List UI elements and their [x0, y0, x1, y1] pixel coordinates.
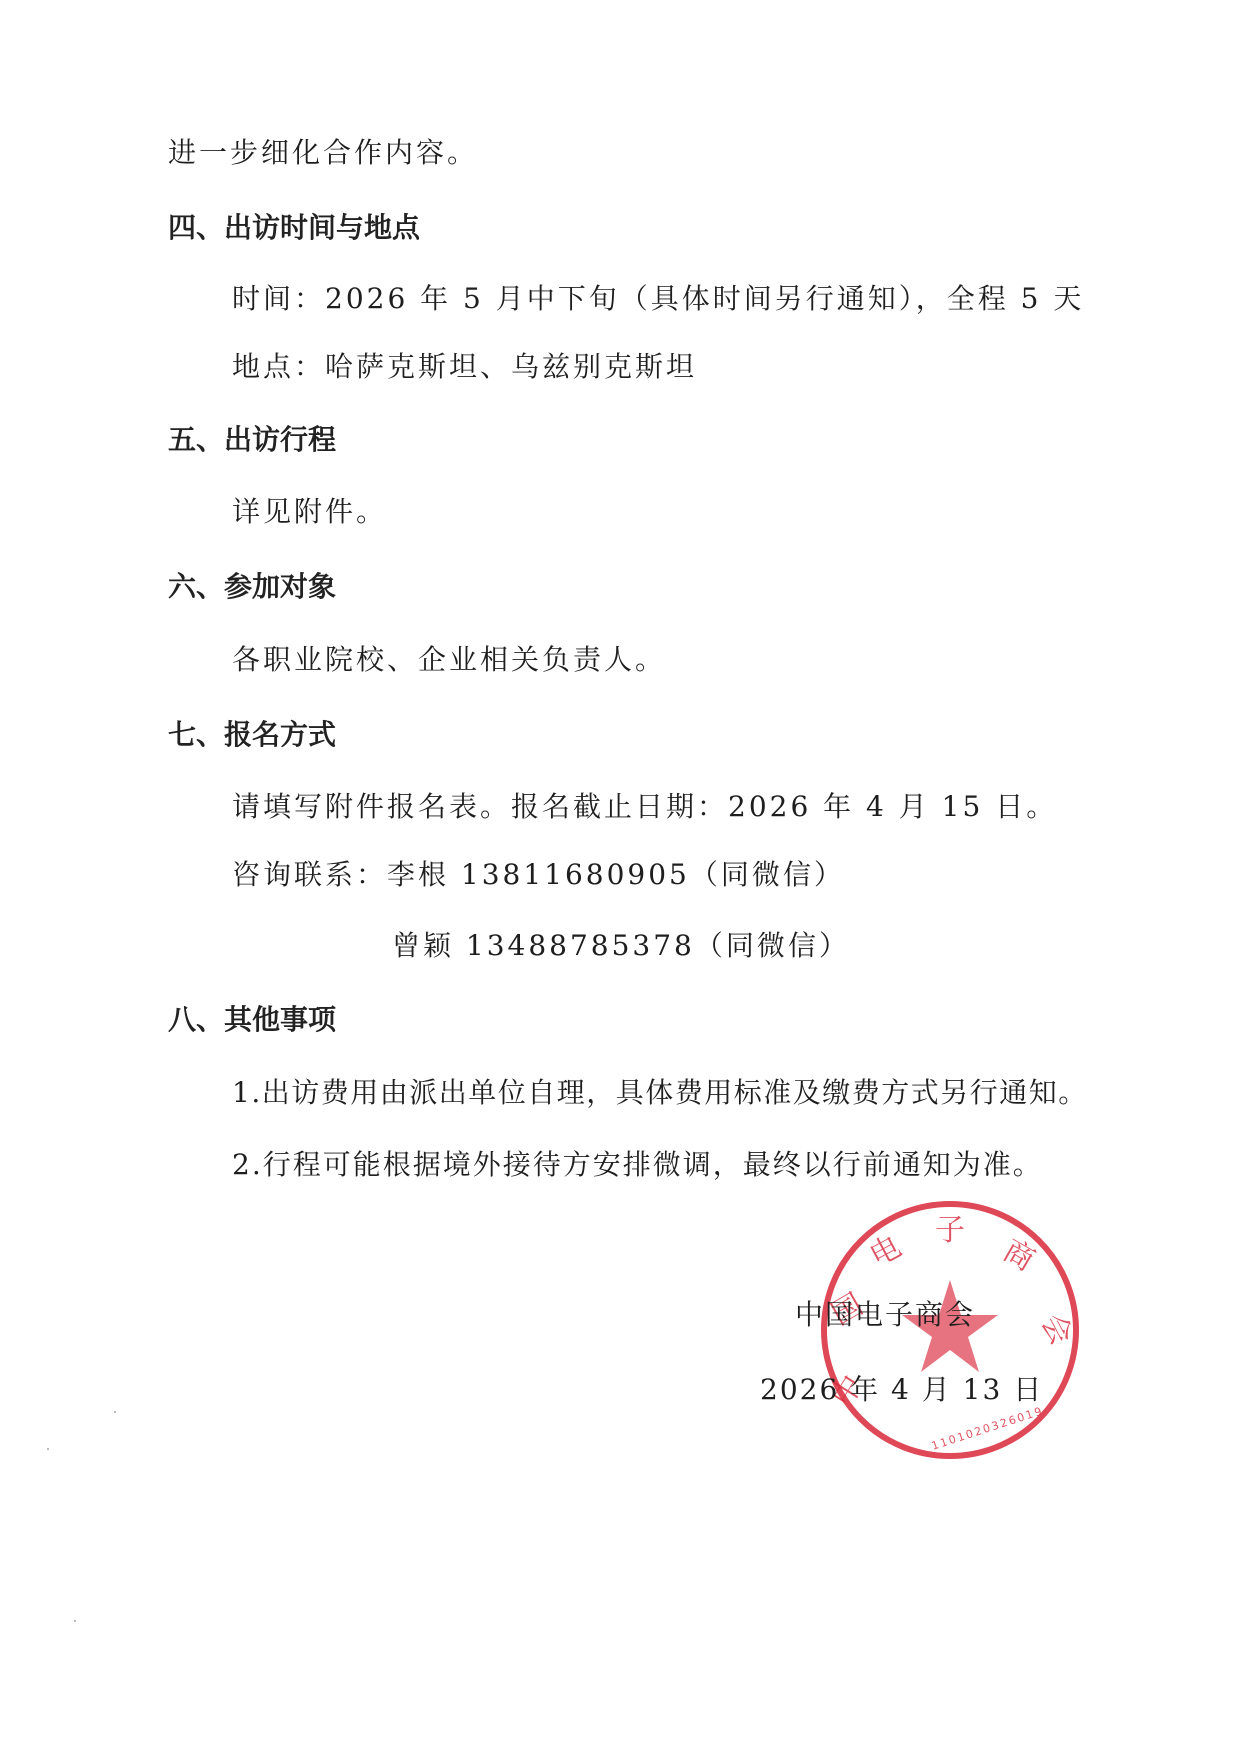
continuation-text: 进一步细化合作内容。	[168, 135, 478, 171]
seal-serial: 1101020326019	[930, 1404, 1045, 1453]
signature-date: 2026 年 4 月 13 日	[760, 1372, 1043, 1408]
contact-line-2: 曾颖 13488785378（同微信）	[392, 928, 850, 964]
itinerary-line: 详见附件。	[232, 494, 387, 530]
section-heading-participants: 六、参加对象	[168, 569, 336, 605]
seal-char-6: 会	[1034, 1308, 1079, 1351]
section-heading-time-location: 四、出访时间与地点	[168, 210, 420, 246]
section-heading-other: 八、其他事项	[168, 1002, 336, 1038]
seal-char-3: 电	[864, 1229, 907, 1274]
seal-char-5: 商	[997, 1233, 1040, 1278]
section-heading-itinerary: 五、出访行程	[168, 422, 336, 458]
scan-speck	[114, 1411, 116, 1413]
participants-line: 各职业院校、企业相关负责人。	[232, 642, 666, 678]
registration-deadline-line: 请填写附件报名表。报名截止日期：2026 年 4 月 15 日。	[232, 789, 1057, 825]
location-line: 地点：哈萨克斯坦、乌兹别克斯坦	[232, 349, 697, 385]
other-item-1: 1.出访费用由派出单位自理，具体费用标准及缴费方式另行通知。	[232, 1075, 1088, 1111]
seal-char-4: 子	[935, 1213, 965, 1248]
other-item-2: 2.行程可能根据境外接待方安排微调，最终以行前通知为准。	[232, 1147, 1043, 1183]
contact-line-1: 咨询联系：李根 13811680905（同微信）	[232, 857, 845, 893]
section-heading-registration: 七、报名方式	[168, 717, 336, 753]
scan-speck	[47, 1448, 49, 1450]
time-line: 时间：2026 年 5 月中下旬（具体时间另行通知），全程 5 天	[232, 281, 1084, 317]
scan-speck	[74, 1620, 76, 1622]
signature-organization: 中国电子商会	[795, 1297, 975, 1333]
